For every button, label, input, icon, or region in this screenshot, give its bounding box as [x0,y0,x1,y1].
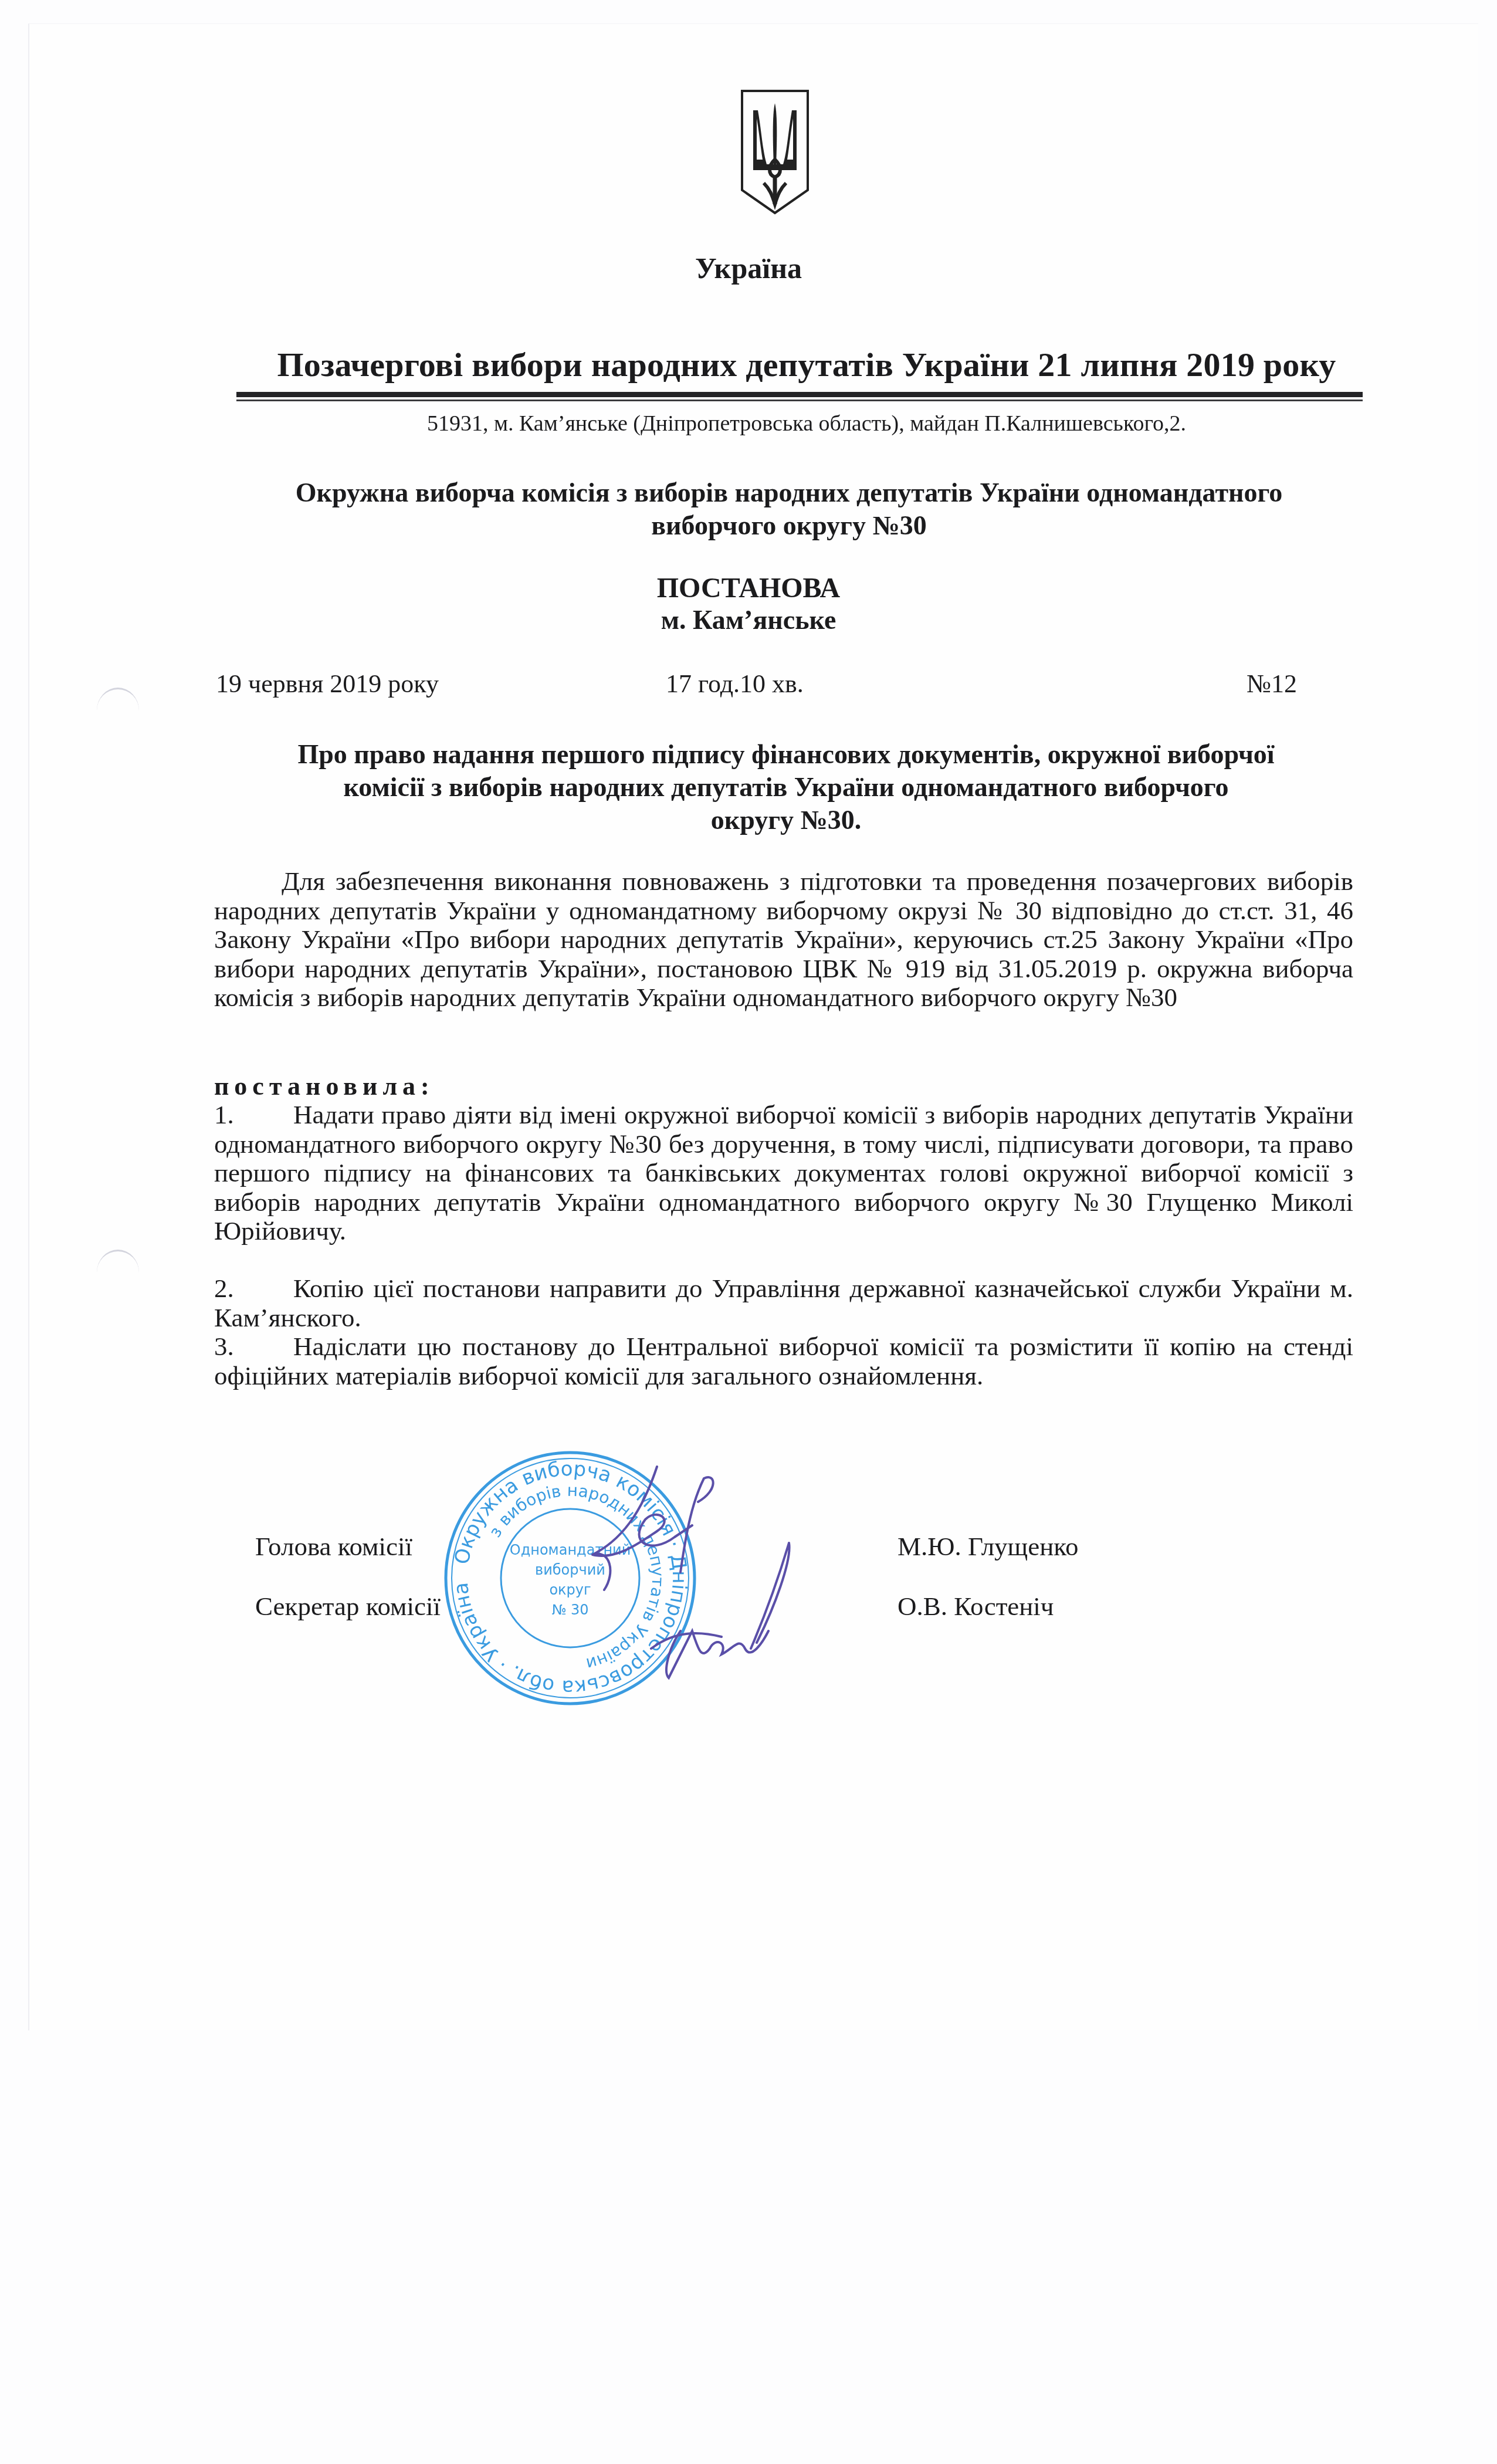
document-city: м. Кам’янське [0,604,1497,635]
resolution-item-2: 2.Копію цієї постанови направити до Упра… [214,1274,1353,1332]
resolution-item-3: 3.Надіслати цю постанову до Центральної … [214,1332,1353,1390]
trident-coat-of-arms-icon [740,89,810,215]
chair-name: М.Ю. Глущенко [897,1531,1078,1562]
chair-label: Голова комісії [255,1531,412,1562]
secretary-label: Секретар комісії [255,1591,441,1622]
elections-title: Позачергові вибори народних депутатів Ук… [235,345,1379,384]
document-date: 19 червня 2019 року [216,669,439,699]
preamble-paragraph: Для забезпечення виконання повноважень з… [214,867,1353,1013]
subject-line2: комісії з виборів народних депутатів Укр… [246,771,1326,804]
document-type: ПОСТАНОВА [0,572,1497,604]
document-subject: Про право надання першого підпису фінанс… [246,738,1326,837]
resolved-heading: постановила: [214,1071,435,1101]
item-text: Надіслати цю постанову до Центральної ви… [214,1332,1353,1390]
subject-line1: Про право надання першого підпису фінанс… [246,738,1326,771]
handwritten-signatures-icon [557,1455,851,1707]
item-number: 1. [214,1101,293,1130]
item-number: 3. [214,1332,293,1362]
item-number: 2. [214,1274,293,1304]
commission-address: 51931, м. Кам’янське (Дніпропетровська о… [235,411,1379,436]
resolution-item-1: 1.Надати право діяти від імені окружної … [214,1101,1353,1246]
header-rule-thin [236,400,1363,401]
document-time: 17 год.10 хв. [666,669,804,699]
subject-line3: округу №30. [246,804,1326,837]
paper-sheet [28,23,1478,2030]
commission-name-line2: виборчого округу №30 [223,509,1355,542]
document-number: №12 [1247,669,1297,699]
secretary-name: О.В. Костеніч [897,1591,1054,1622]
commission-name-line1: Окружна виборча комісія з виборів народн… [223,476,1355,509]
country-name: Україна [0,251,1497,285]
header-rule-thick [236,392,1363,397]
item-text: Надати право діяти від імені окружної ви… [214,1100,1353,1245]
item-text: Копію цієї постанови направити до Управл… [214,1274,1353,1332]
commission-name: Окружна виборча комісія з виборів народн… [223,476,1355,542]
